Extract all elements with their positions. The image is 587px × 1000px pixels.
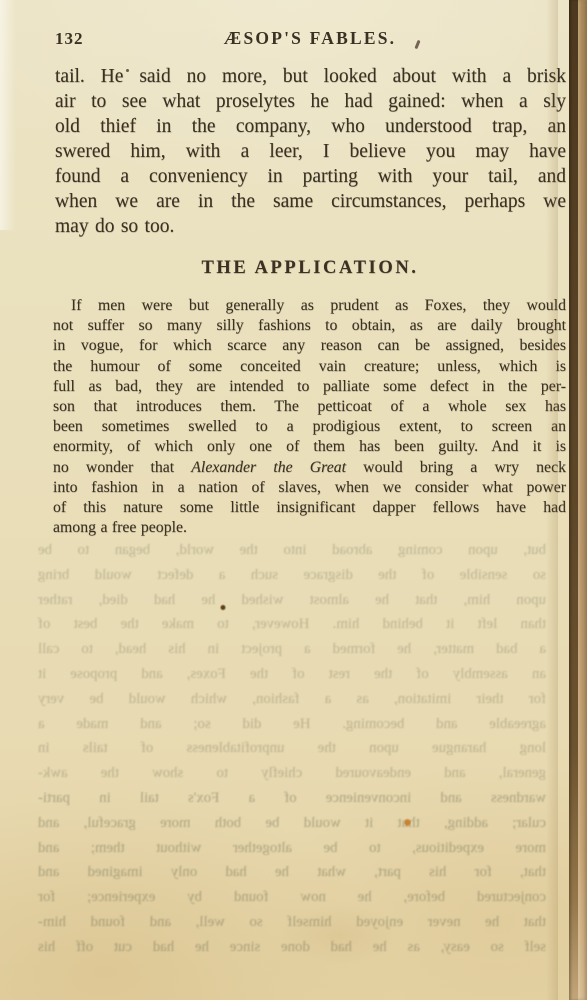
application-text-line: full as bad, they are intended to pallia… bbox=[53, 377, 566, 397]
bleedthrough-line: an assembly of the rest of the Foxes, an… bbox=[38, 662, 546, 687]
application-text-line: If men were but generally as prudent as … bbox=[53, 296, 566, 316]
application-text-line: enormity, of which only one of them has … bbox=[53, 437, 566, 457]
bleedthrough-line: that, for his part, what he had only ima… bbox=[38, 860, 546, 885]
application-text-line: the humour of some conceited vain creatu… bbox=[53, 357, 566, 377]
bleedthrough-line: a bad matter, he formed a project in his… bbox=[38, 637, 546, 662]
bleedthrough-line: cular; adding, that it would be both mor… bbox=[38, 811, 546, 836]
bleedthrough-line: for their imitation, as a fashion, which… bbox=[38, 687, 546, 712]
bleedthrough-line: conjectured before, he now found by expe… bbox=[38, 885, 546, 910]
fable-text-line: tail. He said no more, but looked about … bbox=[55, 64, 566, 89]
fable-paragraph: tail. He said no more, but looked about … bbox=[55, 64, 566, 239]
fable-text-line: when we are in the same circumstances, p… bbox=[55, 189, 566, 214]
bleedthrough-line: upon him, that he almost wished he had d… bbox=[38, 588, 546, 613]
bleedthrough-line: so sensible of the disgrace such a defec… bbox=[38, 563, 546, 588]
application-text-line: son that introduces them. The petticoat … bbox=[53, 397, 566, 417]
line-post-italic: would bring a wry neck bbox=[346, 459, 566, 476]
application-paragraph: If men were but generally as prudent as … bbox=[53, 296, 566, 538]
fable-text-line: air to see what proselytes he had gained… bbox=[55, 89, 566, 114]
application-text-line: not suffer so many silly fashions to obt… bbox=[53, 316, 566, 336]
application-text-line: of this nature some little insignificant… bbox=[53, 498, 566, 518]
fable-text-line: may do so too. bbox=[55, 214, 566, 239]
application-text-line-with-italic: no wonder that Alexander the Great would… bbox=[53, 458, 566, 478]
page-edge-shadow bbox=[546, 0, 558, 1000]
application-text-line: among a free people. bbox=[53, 518, 566, 538]
italic-phrase: Alexander the Great bbox=[191, 459, 346, 476]
ink-dot-speck bbox=[126, 69, 129, 72]
application-text-line: in vogue, for which scarce any reason ca… bbox=[53, 336, 566, 356]
fable-text-line: old thief in the company, who understood… bbox=[55, 114, 566, 139]
page-edge-highlight bbox=[0, 0, 16, 230]
bleedthrough-line: general, and endeavoured chiefly to show… bbox=[38, 761, 546, 786]
page-header: 132 ÆSOP'S FABLES. bbox=[55, 28, 565, 52]
bleedthrough-line: more expeditious, to be altogether witho… bbox=[38, 836, 546, 861]
paper-smudge bbox=[280, 905, 400, 965]
fable-text-line: swered him, with a leer, I believe you m… bbox=[55, 139, 566, 164]
application-text-line: been sometimes swelled to a prodigious e… bbox=[53, 417, 566, 437]
verso-bleedthrough-text: but, upon coming abroad into the world, … bbox=[38, 538, 546, 960]
application-text-line: into fashion in a nation of slaves, when… bbox=[53, 478, 566, 498]
bleedthrough-line: wardness and inconvenience of a Fox's ta… bbox=[38, 786, 546, 811]
application-heading: THE APPLICATION. bbox=[55, 258, 565, 279]
orange-stain-speck bbox=[404, 818, 411, 827]
line-pre-italic: no wonder that bbox=[53, 459, 191, 476]
bleedthrough-line: long harangue upon the unprofitableness … bbox=[38, 736, 546, 761]
bleedthrough-line: but, upon coming abroad into the world, … bbox=[38, 538, 546, 563]
running-head: ÆSOP'S FABLES. bbox=[55, 28, 565, 49]
fable-text-line: found a conveniency in parting with your… bbox=[55, 164, 566, 189]
book-fore-edge bbox=[578, 0, 587, 1000]
bleedthrough-line: than left it behind him. However, to mak… bbox=[38, 612, 546, 637]
book-fore-edge-dark-line bbox=[569, 0, 578, 1000]
dark-stain-speck bbox=[220, 604, 226, 611]
bleedthrough-line: agreeable and becoming. He did so; and m… bbox=[38, 712, 546, 737]
book-page-scan: 132 ÆSOP'S FABLES. tail. He said no more… bbox=[0, 0, 587, 1000]
